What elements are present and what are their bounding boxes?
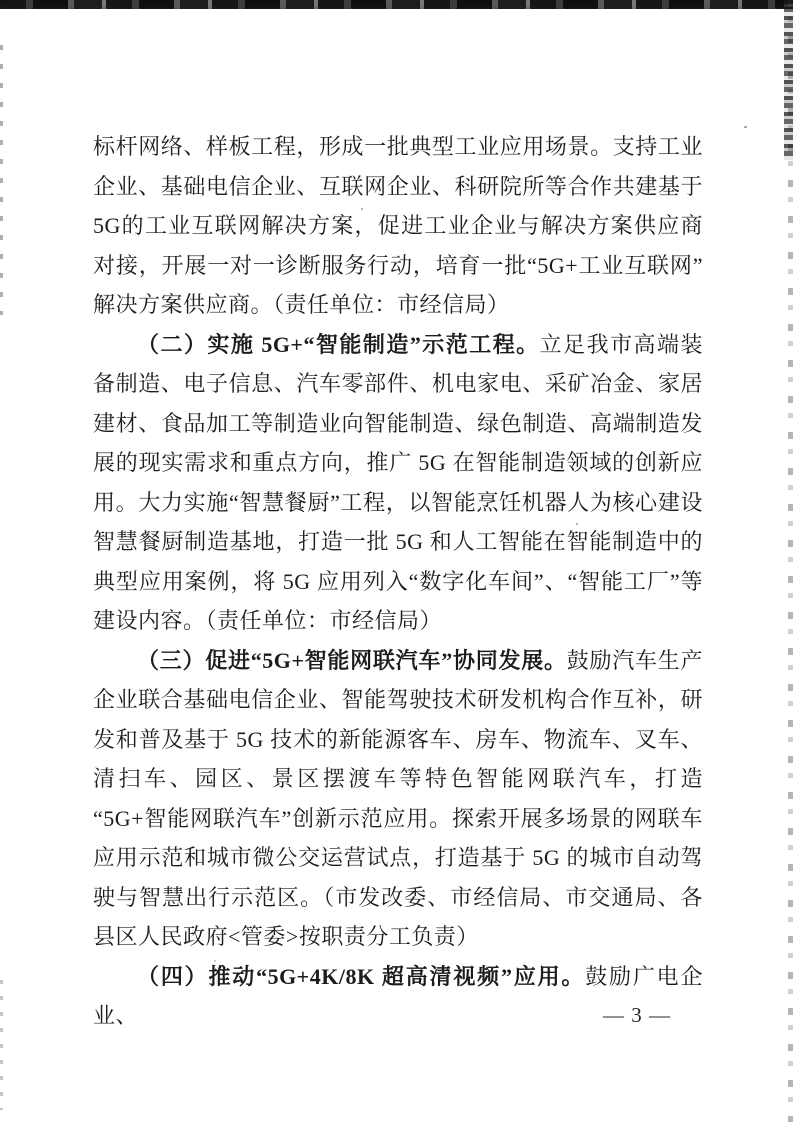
scan-artifact-top-edge <box>0 0 793 9</box>
document-body: 标杆网络、样板工程，形成一批典型工业应用场景。支持工业企业、基础电信企业、互联网… <box>93 127 703 1036</box>
document-page: 标杆网络、样板工程，形成一批典型工业应用场景。支持工业企业、基础电信企业、互联网… <box>0 0 793 1122</box>
paragraph-continuation-text: 标杆网络、样板工程，形成一批典型工业应用场景。支持工业企业、基础电信企业、互联网… <box>93 134 703 317</box>
page-number: — 3 — <box>603 1003 671 1028</box>
scan-artifact-left-edge-bottom <box>0 980 3 1110</box>
section-3-heading: （三）促进“5G+智能网联汽车”协同发展。 <box>137 648 567 673</box>
section-2-body-text: 立足我市高端装备制造、电子信息、汽车零部件、机电家电、采矿冶金、家居建材、食品加… <box>93 332 703 634</box>
scan-artifact-left-edge <box>0 45 3 315</box>
paragraph-continuation: 标杆网络、样板工程，形成一批典型工业应用场景。支持工业企业、基础电信企业、互联网… <box>93 127 703 325</box>
section-2-heading: （二）实施 5G+“智能制造”示范工程。 <box>137 332 540 357</box>
paragraph-section-2: （二）实施 5G+“智能制造”示范工程。立足我市高端装备制造、电子信息、汽车零部… <box>93 325 703 641</box>
paragraph-section-3: （三）促进“5G+智能网联汽车”协同发展。鼓励汽车生产企业联合基础电信企业、智能… <box>93 641 703 957</box>
scan-artifact-right-edge <box>788 0 793 1122</box>
scan-speck <box>744 126 747 128</box>
scan-artifact-right-edge-top <box>784 0 793 160</box>
section-3-body-text: 鼓励汽车生产企业联合基础电信企业、智能驾驶技术研发机构合作互补，研发和普及基于 … <box>93 648 703 950</box>
section-4-heading: （四）推动“5G+4K/8K 超高清视频”应用。 <box>137 964 585 989</box>
